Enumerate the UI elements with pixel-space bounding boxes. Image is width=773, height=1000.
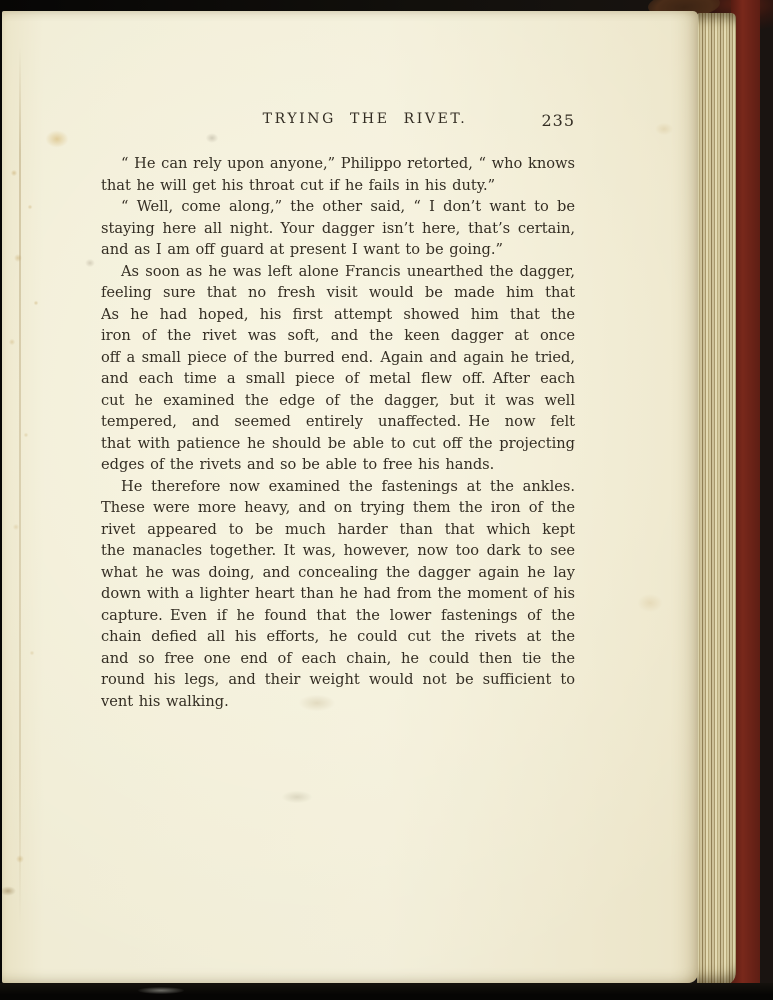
text-block: “ He can rely upon anyone,” Philippo ret…: [101, 153, 575, 712]
book-photo: TRYING THE RIVET. 235 “ He can rely upon…: [0, 0, 773, 1000]
text-line: cut he examined the edge of the dagger, …: [101, 390, 575, 412]
text-line: down with a lighter heart than he had fr…: [101, 583, 575, 605]
text-line: the manacles together. It was, however, …: [101, 540, 575, 562]
paragraph: He therefore now examined the fastenings…: [101, 476, 575, 713]
page-fore-edges: [697, 13, 736, 986]
text-line: vent his walking.: [101, 691, 575, 713]
text-line: that with patience he should be able to …: [101, 433, 575, 455]
paragraph: “ Well, come along,” the other said, “ I…: [101, 196, 575, 261]
text-line: edges of the rivets and so be able to fr…: [101, 454, 575, 476]
text-line: capture. Even if he found that the lower…: [101, 605, 575, 627]
text-line: These were more heavy, and on trying the…: [101, 497, 575, 519]
text-line: rivet appeared to be much harder than th…: [101, 519, 575, 541]
text-line: and each time a small piece of metal fle…: [101, 368, 575, 390]
text-line: what he was doing, and concealing the da…: [101, 562, 575, 584]
text-line: that he will get his throat cut if he fa…: [101, 175, 575, 197]
text-line: As he had hoped, his first attempt showe…: [101, 304, 575, 326]
text-line: and so free one end of each chain, he co…: [101, 648, 575, 670]
book-page: TRYING THE RIVET. 235 “ He can rely upon…: [2, 11, 698, 983]
text-line: “ Well, come along,” the other said, “ I…: [101, 196, 575, 218]
running-head: TRYING THE RIVET. 235: [101, 111, 575, 133]
page-crease: [19, 47, 21, 927]
text-line: staying here all night. Your dagger isn’…: [101, 218, 575, 240]
text-line: “ He can rely upon anyone,” Philippo ret…: [101, 153, 575, 175]
text-line: feeling sure that no fresh visit would b…: [101, 282, 575, 304]
paragraph: “ He can rely upon anyone,” Philippo ret…: [101, 153, 575, 196]
text-line: and as I am off guard at present I want …: [101, 239, 575, 261]
text-line: As soon as he was left alone Francis une…: [101, 261, 575, 283]
text-line: off a small piece of the burred end. Aga…: [101, 347, 575, 369]
paragraph: As soon as he was left alone Francis une…: [101, 261, 575, 476]
running-header-title: TRYING THE RIVET.: [128, 111, 602, 127]
page-number: 235: [541, 111, 575, 130]
text-line: round his legs, and their weight would n…: [101, 669, 575, 691]
table-surface: [0, 983, 773, 1000]
text-line: He therefore now examined the fastenings…: [101, 476, 575, 498]
text-line: iron of the rivet was soft, and the keen…: [101, 325, 575, 347]
text-line: tempered, and seemed entirely unaffected…: [101, 411, 575, 433]
text-line: chain defied all his efforts, he could c…: [101, 626, 575, 648]
table-highlight: [138, 987, 184, 994]
